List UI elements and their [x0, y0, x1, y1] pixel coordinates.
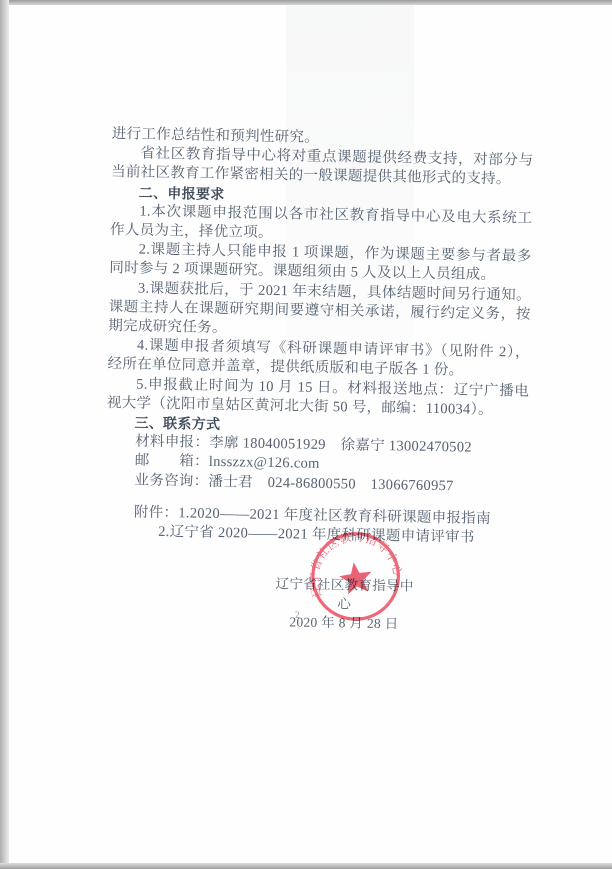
scan-edge-bottom — [0, 863, 612, 869]
seal-graphic: 辽宁省社区教育指导中心 — [302, 522, 409, 629]
paragraph: 3.课题获批后，于 2021 年末结题，具体结题时间另行通知。课题主持人在课题研… — [108, 279, 531, 344]
scanned-document-page: 进行工作总结性和预判性研究。省社区教育指导中心将对重点课题提供经费支持，对部分与… — [0, 0, 612, 869]
scan-edge-left — [0, 0, 9, 869]
official-seal-stamp: 辽宁省社区教育指导中心 — [302, 522, 409, 629]
document-text: 进行工作总结性和预判性研究。省社区教育指导中心将对重点课题提供经费支持，对部分与… — [104, 125, 534, 549]
star-icon — [338, 560, 374, 595]
page-number: 2 — [295, 610, 300, 620]
scan-edge-top — [0, 0, 612, 5]
